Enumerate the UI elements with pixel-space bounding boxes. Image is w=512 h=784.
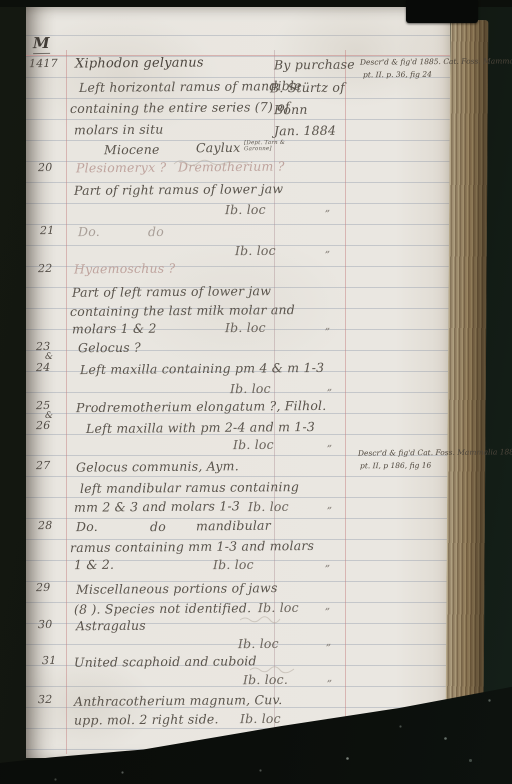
- taxon-name: Xiphodon gelyanus: [75, 55, 204, 71]
- pencil-scribble: [172, 156, 252, 168]
- entry-number: 21: [40, 224, 55, 237]
- ditto-text: do: [150, 519, 166, 534]
- margin-note: pt. II, p 186, fig 16: [360, 461, 431, 471]
- locality-abbrev: Ib. loc: [225, 202, 266, 217]
- locality-abbrev: Ib. loc: [233, 437, 274, 452]
- locality-abbrev: Ib. loc: [225, 320, 266, 335]
- description-line: mandibular: [196, 518, 271, 534]
- ditto-mark: „: [327, 673, 332, 684]
- description-line: Part of right ramus of lower jaw: [74, 181, 283, 198]
- description-line: Miscellaneous portions of jaws: [76, 580, 278, 597]
- taxon-name: Plesiomeryx ?: [76, 160, 166, 176]
- description-line: Left maxilla with pm 2-4 and m 1-3: [86, 419, 315, 436]
- description-line: 1 & 2.: [74, 557, 114, 572]
- ditto-mark: „: [325, 203, 330, 214]
- description-line: molars in situ: [74, 122, 164, 138]
- description-line: Left horizontal ramus of mandible: [79, 78, 302, 95]
- handwriting-layer: M 1417 Xiphodon gelyanus By purchase Des…: [0, 0, 512, 784]
- description-line: upp. mol. 2 right side.: [74, 711, 219, 727]
- entry-number: 27: [36, 459, 51, 472]
- ditto-mark: „: [325, 558, 330, 569]
- ditto-mark: „: [327, 438, 332, 449]
- locality-abbrev: Ib. loc: [248, 499, 289, 514]
- dark-label: [406, 0, 478, 23]
- locality-abbrev: Ib. loc: [240, 711, 281, 726]
- entry-number: 22: [38, 262, 53, 275]
- entry-number: 31: [42, 654, 57, 667]
- pencil-scribble: [248, 664, 298, 674]
- acquisition-line: Bonn: [274, 102, 308, 117]
- description-line: United scaphoid and cuboid: [74, 653, 257, 670]
- description-line: Left maxilla containing pm 4 & m 1-3: [80, 360, 324, 377]
- description-line: left mandibular ramus containing: [80, 479, 299, 496]
- locality-abbrev: Ib. loc: [213, 557, 254, 572]
- entry-number: 26: [36, 419, 51, 432]
- description-line: containing the entire series (7) of: [70, 99, 290, 116]
- acquisition-line: B. Stürtz of: [270, 80, 345, 96]
- taxon-name: Gelocus communis, Aym.: [76, 458, 239, 474]
- description-line: ramus containing mm 1-3 and molars: [70, 538, 314, 555]
- locality: Caylux: [196, 140, 241, 155]
- taxon-name: Anthracotherium magnum, Cuv.: [74, 692, 283, 709]
- ditto-text: Do.: [78, 224, 100, 239]
- margin-note: Descr'd & fig'd Cat. Foss. Mammalia 1885: [358, 447, 512, 457]
- entry-number: 32: [38, 693, 53, 706]
- entry-number: 28: [38, 519, 53, 532]
- ditto-mark: „: [325, 244, 330, 255]
- description-line: (8 ). Species not identified.: [74, 600, 251, 617]
- ditto-text: do: [148, 224, 164, 239]
- pencil-scribble: [238, 614, 284, 624]
- locality-abbrev: Ib. loc.: [243, 672, 288, 687]
- geologic-age: Miocene: [104, 142, 160, 157]
- locality-abbrev: Ib. loc: [258, 600, 299, 615]
- margin-note: pt. II. p. 36, fig 24: [363, 70, 432, 80]
- ditto-text: Do.: [76, 519, 98, 534]
- margin-note: Descr'd & fig'd 1885. Cat. Foss. Mammali…: [360, 56, 512, 66]
- entry-number: 20: [38, 161, 53, 174]
- entry-number: 1417: [29, 57, 58, 70]
- locality-abbrev: Ib. loc: [230, 381, 271, 396]
- locality-abbrev: Ib. loc: [235, 243, 276, 258]
- ledger-photo: M 1417 Xiphodon gelyanus By purchase Des…: [0, 0, 512, 784]
- entry-number: 24: [36, 361, 51, 374]
- entry-number: 29: [36, 581, 51, 594]
- taxon-name: Prodremotherium elongatum ?, Filhol.: [76, 398, 327, 415]
- locality-abbrev: Ib. loc: [238, 636, 279, 651]
- ditto-mark: „: [325, 601, 330, 612]
- description-line: containing the last milk molar and: [70, 302, 295, 319]
- locality-detail: [Dept. Tarn & Garonne]: [244, 140, 300, 152]
- description-line: Part of left ramus of lower jaw: [72, 283, 271, 300]
- taxon-name: Gelocus ?: [78, 340, 141, 356]
- ditto-mark: „: [326, 637, 331, 648]
- ditto-mark: „: [327, 500, 332, 511]
- taxon-name: Hyaemoschus ?: [74, 261, 176, 277]
- description-line: molars 1 & 2: [72, 321, 157, 337]
- ditto-mark: „: [327, 382, 332, 393]
- ditto-mark: „: [325, 321, 330, 332]
- section-letter: M: [33, 34, 50, 54]
- entry-number: 30: [38, 618, 53, 631]
- description-line: mm 2 & 3 and molars 1-3: [74, 498, 240, 514]
- acquisition-date: Jan. 1884: [274, 123, 336, 139]
- description-line: Astragalus: [76, 618, 146, 634]
- acquisition-line: By purchase: [274, 57, 355, 73]
